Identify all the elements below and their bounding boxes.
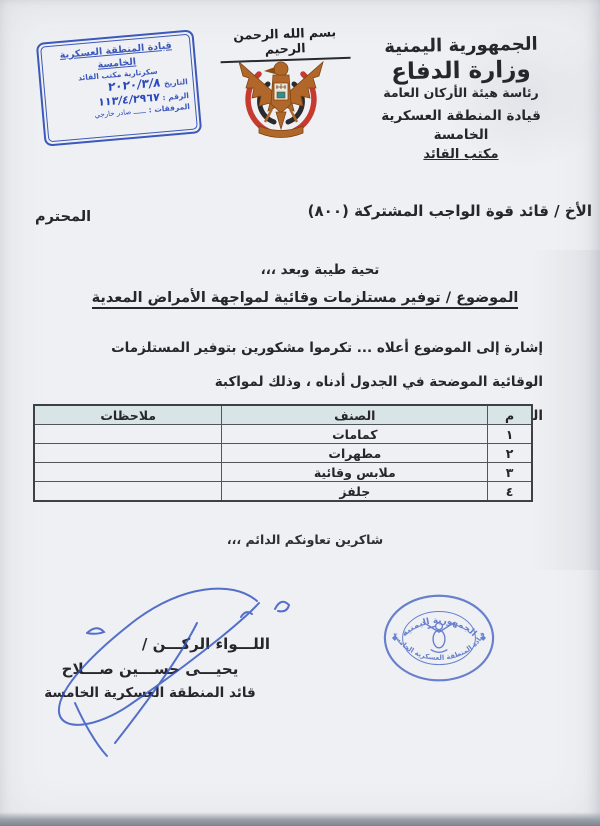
attachments-value: ــــــ صادر خارجي [94, 107, 146, 120]
table-row: ٤جلفز [34, 482, 532, 502]
supplies-table-body: ١كمامات٢مطهرات٣ملابس وقائية٤جلفز [34, 425, 532, 502]
row-number: ١ [488, 425, 532, 444]
svg-text:الجمهورية اليمنية: الجمهورية اليمنية [400, 616, 478, 639]
row-item: مطهرات [222, 444, 488, 463]
body-line-1: إشارة إلى الموضوع أعلاه ... تكرموا مشكور… [57, 331, 543, 399]
col-header-no: م [488, 405, 532, 425]
row-number: ٣ [488, 463, 532, 482]
letterhead: الجمهورية اليمنية وزارة الدفاع رئاسة هيئ… [356, 34, 566, 164]
row-notes [34, 425, 222, 444]
row-notes [34, 444, 222, 463]
row-item: كمامات [222, 425, 488, 444]
seal-top-text: الجمهورية اليمنية [400, 616, 478, 639]
subject-line: الموضوع / توفير مستلزمات وقائية لمواجهة … [45, 290, 565, 306]
scan-bottom-edge [0, 812, 600, 826]
closing-line: شاكرين تعاونكم الدائم ،،، [195, 532, 415, 547]
registry-stamp-box: قيادة المنطقة العسكرية الخامسة سكرتارية … [36, 29, 202, 146]
letterhead-region-command: قيادة المنطقة العسكرية الخامسة [356, 107, 566, 145]
letterhead-ministry: وزارة الدفاع [356, 56, 566, 87]
row-number: ٤ [488, 482, 532, 502]
table-row: ١كمامات [34, 425, 532, 444]
row-notes [34, 482, 222, 502]
addressee: الأخ / قائد قوة الواجب المشتركة (٨٠٠) [308, 202, 592, 225]
subject-text: الموضوع / توفير مستلزمات وقائية لمواجهة … [92, 290, 519, 309]
row-notes [34, 463, 222, 482]
round-seal-stamp: الجمهورية اليمنية قيادة المنطقة العسكرية… [380, 592, 498, 692]
table-header-row: م الصنف ملاحظات [34, 405, 532, 425]
signature-rank: اللـــواء الركـــن / [30, 632, 270, 656]
scanned-letter-page: قيادة المنطقة العسكرية الخامسة سكرتارية … [0, 0, 600, 826]
letterhead-republic: الجمهورية اليمنية [356, 32, 566, 60]
letterhead-commander-office: مكتب القائد [356, 145, 566, 164]
date-label: التاريخ [163, 75, 188, 90]
signature-title: قائد المنطقة العسكرية الخامسة [30, 682, 270, 705]
letterhead-staff-presidency: رئاسة هيئة الأركان العامة [356, 85, 566, 101]
row-item: جلفز [222, 482, 488, 502]
row-number: ٢ [488, 444, 532, 463]
table-row: ٢مطهرات [34, 444, 532, 463]
address-line: الأخ / قائد قوة الواجب المشتركة (٨٠٠) ال… [35, 202, 592, 225]
registry-stamp-inner: قيادة المنطقة العسكرية الخامسة سكرتارية … [40, 34, 198, 143]
honorific: المحترم [35, 209, 91, 225]
table-row: ٣ملابس وقائية [34, 463, 532, 482]
greeting-line: تحية طيبة وبعد ،،، [205, 262, 435, 278]
supplies-table: م الصنف ملاحظات ١كمامات٢مطهرات٣ملابس وقا… [33, 404, 533, 502]
signature-block: اللـــواء الركـــن / يحيـــى حســـين صــ… [30, 632, 270, 705]
col-header-notes: ملاحظات [34, 405, 222, 425]
row-item: ملابس وقائية [222, 463, 488, 482]
signature-name: يحيـــى حســـين صـــلاح [30, 656, 270, 682]
yemen-emblem-icon [226, 54, 336, 146]
col-header-item: الصنف [222, 405, 488, 425]
